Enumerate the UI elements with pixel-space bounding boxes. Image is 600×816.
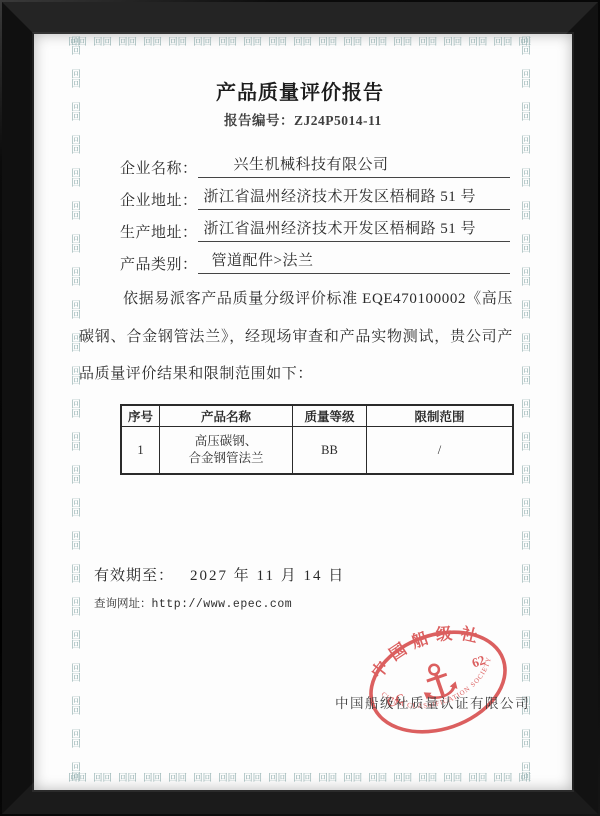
header-product: 产品名称 bbox=[160, 405, 293, 427]
decorative-border-bottom: 回回 回回 回回 回回 回回 回回 回回 回回 回回 回回 回回 回回 回回 回… bbox=[68, 772, 531, 785]
website-label: 查询网址： bbox=[94, 598, 152, 610]
report-number-label: 报告编号： bbox=[224, 113, 294, 128]
field-company-name: 企业名称： 兴生机械科技有限公司 bbox=[120, 153, 510, 178]
validity-line: 有效期至：2027 年 11 月 14 日 bbox=[94, 564, 345, 585]
decorative-border-left: 回回 回回 回回 回回 回回 回回 回回 回回 回回 回回 回回 回回 回回 回… bbox=[68, 36, 81, 785]
field-label: 企业地址： bbox=[120, 189, 198, 210]
certificate-photo: 回回 回回 回回 回回 回回 回回 回回 回回 回回 回回 回回 回回 回回 回… bbox=[0, 0, 600, 816]
field-label: 企业名称： bbox=[120, 157, 198, 178]
validity-date: 2027 年 11 月 14 日 bbox=[190, 568, 345, 584]
cell-grade: BB bbox=[293, 427, 367, 475]
header-seq: 序号 bbox=[121, 405, 160, 427]
evaluation-result-table: 序号 产品名称 质量等级 限制范围 1 高压碳钢、 合金钢管法兰 BB / bbox=[120, 404, 514, 475]
product-name-line2: 合金钢管法兰 bbox=[162, 450, 290, 467]
report-number-value: ZJ24P5014-11 bbox=[294, 113, 382, 128]
field-product-category: 产品类别： 管道配件>法兰 bbox=[120, 249, 510, 274]
table-row: 1 高压碳钢、 合金钢管法兰 BB / bbox=[121, 427, 513, 475]
cell-product: 高压碳钢、 合金钢管法兰 bbox=[160, 427, 293, 475]
header-grade: 质量等级 bbox=[293, 405, 367, 427]
cell-seq: 1 bbox=[121, 427, 160, 475]
report-number-line: 报告编号：ZJ24P5014-11 bbox=[224, 109, 382, 129]
validity-label: 有效期至： bbox=[94, 568, 174, 584]
field-company-address: 企业地址： 浙江省温州经济技术开发区梧桐路 51 号 bbox=[120, 185, 510, 210]
header-restriction: 限制范围 bbox=[367, 405, 514, 427]
decorative-border-top: 回回 回回 回回 回回 回回 回回 回回 回回 回回 回回 回回 回回 回回 回… bbox=[68, 36, 531, 49]
field-production-address: 生产地址： 浙江省温州经济技术开发区梧桐路 51 号 bbox=[120, 217, 510, 242]
field-value: 兴生机械科技有限公司 bbox=[198, 153, 510, 178]
website-url-link[interactable]: http://www.epec.com bbox=[152, 598, 293, 611]
field-label: 生产地址： bbox=[120, 221, 198, 242]
table-header-row: 序号 产品名称 质量等级 限制范围 bbox=[121, 405, 513, 427]
field-label: 产品类别： bbox=[120, 253, 198, 274]
cell-restriction: / bbox=[367, 427, 514, 475]
product-name-line1: 高压碳钢、 bbox=[162, 433, 290, 450]
website-line: 查询网址：http://www.epec.com bbox=[94, 595, 292, 611]
field-value: 管道配件>法兰 bbox=[198, 249, 510, 274]
field-value: 浙江省温州经济技术开发区梧桐路 51 号 bbox=[198, 217, 510, 242]
evaluation-statement: 依据易派客产品质量分级评价标准 EQE470100002《高压碳钢、合金钢管法兰… bbox=[79, 281, 513, 394]
document-title: 产品质量评价报告 bbox=[34, 76, 566, 105]
field-value: 浙江省温州经济技术开发区梧桐路 51 号 bbox=[198, 185, 510, 210]
issuer-company-name: 中国船级社质量认证有限公司 bbox=[335, 692, 530, 712]
